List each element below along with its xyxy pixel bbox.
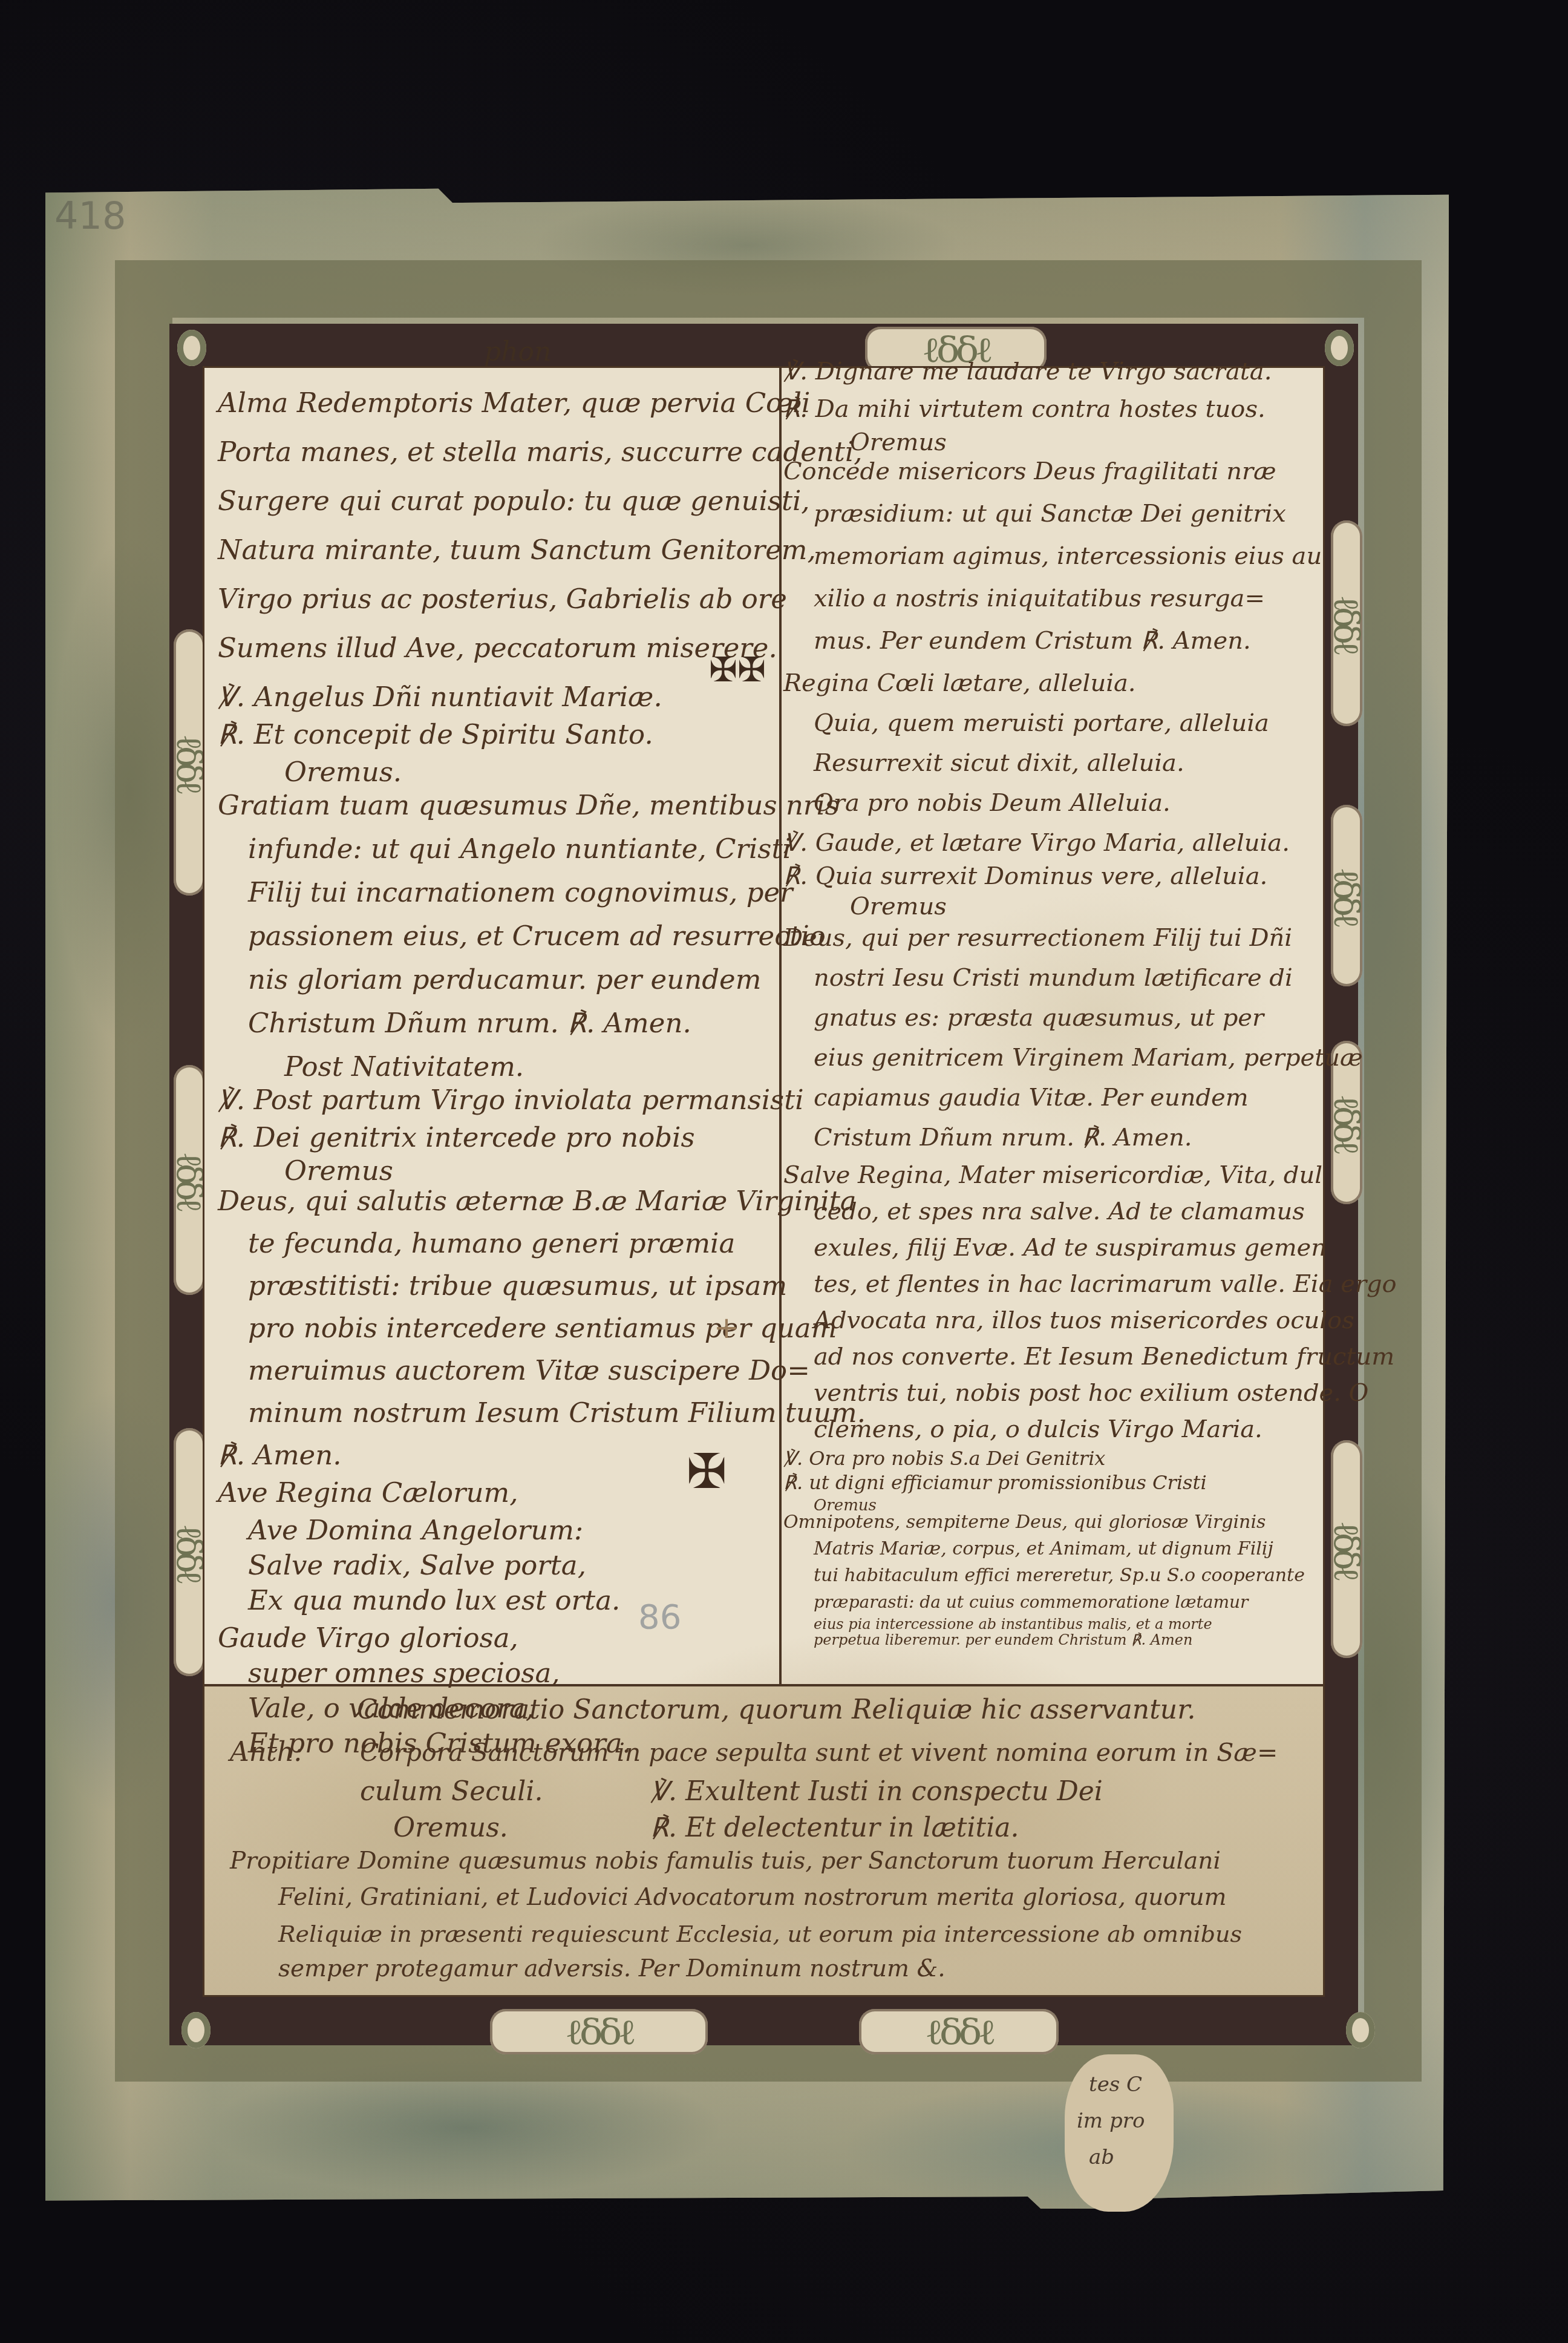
- text-line: Concede misericors Deus fragilitati nræ: [783, 445, 1397, 487]
- text-line: Ave Regina Cælorum,: [218, 1468, 866, 1506]
- right-column-text: ℣. Dignare me laudare te Virgo sacrata. …: [783, 345, 1397, 1629]
- text-line: Ora pro nobis Deum Alleluia.: [783, 776, 1397, 816]
- text-line: Regina Cœli lætare, alleluia.: [783, 657, 1397, 696]
- text-line: infunde: ut qui Angelo nuntiante, Cristi: [218, 824, 866, 868]
- consecration-cross-icon: ✠: [687, 1443, 727, 1499]
- frame-ornament-bottom-2: ℓδδℓ: [859, 2009, 1059, 2054]
- text-line: xilio a nostris iniquitatibus resurga=: [783, 572, 1397, 614]
- text-line: Christum Dñum nrum. ℟. Amen.: [218, 998, 866, 1042]
- versicle-line: ℣. Angelus Dñi nuntiavit Mariæ.: [218, 672, 866, 710]
- text-line: ad nos converte. Et Iesum Benedictum fru…: [783, 1330, 1397, 1366]
- small-cross-icon: +: [714, 1310, 739, 1345]
- scroll-ornament-icon: ℓδδℓ: [925, 2011, 993, 2053]
- text-line: te fecunda, humano generi præmia: [218, 1219, 866, 1261]
- scroll-ornament-icon: ℓδδℓ: [565, 2011, 633, 2053]
- versicle-line: ℣. Dignare me laudare te Virgo sacrata.: [783, 345, 1397, 382]
- tag-line: tes C: [1071, 2066, 1168, 2103]
- versicle-line: ℣. Post partum Virgo inviolata permansis…: [218, 1075, 866, 1113]
- left-column-text: Alma Redemptoris Mater, quæ pervia Cœli …: [218, 378, 866, 1754]
- text-line: præstitisti: tribue quæsumus, ut ipsam: [218, 1261, 866, 1303]
- frame-ornament-left-1: ℓδδℓ: [174, 629, 205, 896]
- frame-boss-bottom-left: [181, 2012, 211, 2048]
- response-line: ℟. ut digni efficiamur promissionibus Cr…: [783, 1456, 1397, 1479]
- text-line: nis gloriam perducamur. per eundem: [218, 955, 866, 998]
- text-line: clemens, o pia, o dulcis Virgo Maria.: [783, 1403, 1397, 1432]
- antiphon-label: Anth:: [230, 1731, 303, 1774]
- section-label: Post Nativitatem.: [218, 1042, 866, 1075]
- response-line: ℟. Dei genitrix intercede pro nobis: [218, 1113, 866, 1146]
- text-line: Ave Domina Angelorum:: [218, 1506, 866, 1541]
- attached-label-fragment: tes C im pro ab: [1065, 2054, 1174, 2212]
- pencil-shelfmark: 418: [54, 194, 126, 238]
- text-line: passionem eius, et Crucem ad resurrectio: [218, 911, 866, 955]
- text-line: ventris tui, nobis post hoc exilium oste…: [783, 1366, 1397, 1403]
- text-line: super omnes speciosa,: [218, 1648, 866, 1683]
- text-line: Gratiam tuam quæsumus Dñe, mentibus nris: [218, 781, 866, 824]
- scroll-ornament-icon: ℓδδℓ: [174, 1524, 205, 1580]
- text-line: Virgo prius ac posterius, Gabrielis ab o…: [218, 574, 866, 623]
- text-line: tui habitaculum effici mereretur, Sp.u S…: [783, 1549, 1397, 1576]
- text-line: Surgere qui curat populo: tu quæ genuist…: [218, 476, 866, 525]
- frame-boss-top-left: [177, 330, 206, 366]
- response-line: ℟. Et concepit de Spiritu Santo.: [218, 710, 866, 747]
- text-line: exules, filij Evæ. Ad te suspiramus geme…: [783, 1221, 1397, 1257]
- text-line: cedo, et spes nra salve. Ad te clamamus: [783, 1185, 1397, 1221]
- text-line: meruimus auctorem Vitæ suscipere Do=: [218, 1346, 866, 1388]
- text-line: Ex qua mundo lux est orta.: [218, 1576, 866, 1613]
- frame-ornament-bottom-1: ℓδδℓ: [490, 2009, 708, 2054]
- text-line: nostri Iesu Cristi mundum lætificare di: [783, 951, 1397, 991]
- text-line: eius genitricem Virginem Mariam, perpetu…: [783, 1031, 1397, 1071]
- text-line: Salve Regina, Mater misericordiæ, Vita, …: [783, 1149, 1397, 1185]
- oremus-label: Oremus.: [218, 747, 866, 781]
- text-line: mus. Per eundem Cristum ℟. Amen.: [783, 614, 1397, 657]
- tag-line: ab: [1071, 2139, 1168, 2175]
- text-line: Deus, qui salutis æternæ B.æ Mariæ Virgi…: [218, 1176, 866, 1219]
- text-line: præsidium: ut qui Sanctæ Dei genitrix: [783, 487, 1397, 529]
- prayer-line: semper protegamur adversis. Per Dominum …: [278, 1947, 946, 1991]
- text-line: Cristum Dñum nrum. ℟. Amen.: [783, 1111, 1397, 1149]
- consecration-cross-icon: ✠✠: [709, 650, 766, 690]
- text-line: Gaude Virgo gloriosa,: [218, 1613, 866, 1648]
- response-line: ℟. Da mihi virtutem contra hostes tuos.: [783, 382, 1397, 416]
- scroll-ornament-icon: ℓδδℓ: [174, 734, 205, 790]
- text-line: Sumens illud Ave, peccatorum miserere.: [218, 623, 866, 672]
- text-line: memoriam agimus, intercessionis eius au: [783, 529, 1397, 572]
- text-line: Salve radix, Salve porta,: [218, 1541, 866, 1576]
- text-line: Quia, quem meruisti portare, alleluia: [783, 696, 1397, 736]
- text-line: Omnipotens, sempiterne Deus, qui glorios…: [783, 1496, 1397, 1522]
- text-line: gnatus es: præsta quæsumus, ut per: [783, 991, 1397, 1031]
- frame-ornament-left-3: ℓδδℓ: [174, 1428, 205, 1676]
- text-line: Advocata nra, illos tuos misericordes oc…: [783, 1294, 1397, 1330]
- response-line: ℟. Amen.: [218, 1430, 866, 1468]
- response-line: ℟. Quia surrexit Dominus vere, alleluia.: [783, 850, 1397, 880]
- antiphon-line-1: Corpora Sanctorum in pace sepulta sunt e…: [360, 1731, 1278, 1774]
- text-line: capiamus gaudia Vitæ. Per eundem: [783, 1071, 1397, 1111]
- frame-ornament-left-2: ℓδδℓ: [174, 1065, 205, 1295]
- text-line: Porta manes, et stella maris, succurre c…: [218, 427, 866, 476]
- text-line: Filij tui incarnationem cognovimus, per: [218, 868, 866, 911]
- text-line: Deus, qui per resurrectionem Filij tui D…: [783, 911, 1397, 951]
- heading-antiphona-fragment: phon: [484, 336, 551, 367]
- text-line: Natura mirante, tuum Sanctum Genitorem,: [218, 525, 866, 574]
- versicle-line: ℣. Gaude, et lætare Virgo Maria, allelui…: [783, 816, 1397, 850]
- tag-line: im pro: [1071, 2103, 1168, 2139]
- text-line: minum nostrum Iesum Cristum Filium tuum.: [218, 1388, 866, 1430]
- text-line: Resurrexit sicut dixit, alleluia.: [783, 736, 1397, 776]
- text-line: Alma Redemptoris Mater, quæ pervia Cœli: [218, 378, 866, 427]
- text-line: pro nobis intercedere sentiamus per quam: [218, 1303, 866, 1346]
- scroll-ornament-icon: ℓδδℓ: [174, 1152, 205, 1208]
- pencil-folio-number: 86: [638, 1597, 681, 1637]
- versicle-line: ℣. Ora pro nobis S.a Dei Genitrix: [783, 1432, 1397, 1456]
- frame-boss-bottom-right: [1346, 2012, 1375, 2048]
- text-line: eius pia intercessione ab instantibus ma…: [783, 1597, 1397, 1613]
- commemoration-title: Commemoratio Sanctorum, quorum Reliquiæ …: [357, 1688, 1195, 1732]
- text-line: Matris Mariæ, corpus, et Animam, ut dign…: [783, 1522, 1397, 1549]
- text-line: tes, et flentes in hac lacrimarum valle.…: [783, 1257, 1397, 1294]
- text-line: perpetua liberemur. per eundem Christum …: [783, 1613, 1397, 1629]
